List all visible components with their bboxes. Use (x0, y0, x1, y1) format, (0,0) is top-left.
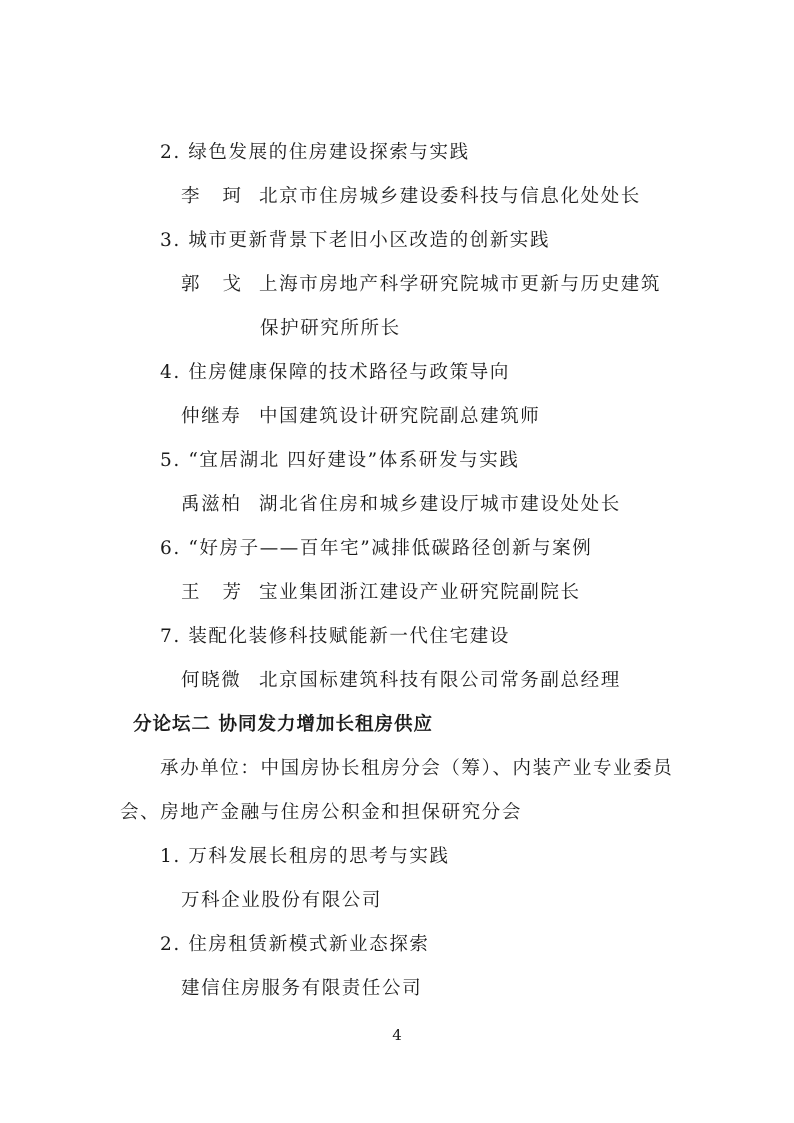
organization: 万科企业股份有限公司 (181, 889, 382, 913)
speaker-line: 李珂北京市住房城乡建设委科技与信息化处处长 (181, 185, 641, 209)
page-number: 4 (0, 1026, 794, 1044)
agenda-item-title: 1. 万科发展长租房的思考与实践 (160, 845, 450, 869)
agenda-item-title: 2. 绿色发展的住房建设探索与实践 (160, 141, 470, 165)
speaker-title: 北京市住房城乡建设委科技与信息化处处长 (259, 186, 641, 207)
speaker-title-continued: 保护研究所所长 (260, 317, 401, 341)
agenda-item-title: 7. 装配化装修科技赋能新一代住宅建设 (160, 625, 510, 649)
agenda-item-title: 3. 城市更新背景下老旧小区改造的创新实践 (160, 229, 550, 253)
speaker-line: 禹滋柏湖北省住房和城乡建设厅城市建设处处长 (181, 493, 621, 517)
speaker-line: 何晓微北京国标建筑科技有限公司常务副总经理 (181, 669, 621, 693)
speaker-line: 王芳宝业集团浙江建设产业研究院副院长 (181, 581, 581, 605)
speaker-line: 仲继寿中国建筑设计研究院副总建筑师 (181, 405, 540, 429)
speaker-name: 何晓微 (181, 669, 259, 693)
speaker-title: 宝业集团浙江建设产业研究院副院长 (259, 582, 581, 603)
agenda-item-title: 4. 住房健康保障的技术路径与政策导向 (160, 361, 510, 385)
document-page: 2. 绿色发展的住房建设探索与实践 李珂北京市住房城乡建设委科技与信息化处处长 … (0, 0, 794, 1123)
speaker-name: 禹滋柏 (181, 493, 259, 517)
speaker-title: 上海市房地产科学研究院城市更新与历史建筑 (259, 274, 661, 295)
agenda-item-title: 5. “宜居湖北 四好建设”体系研发与实践 (160, 449, 519, 473)
speaker-title: 湖北省住房和城乡建设厅城市建设处处长 (259, 494, 621, 515)
agenda-item-title: 2. 住房租赁新模式新业态探索 (160, 933, 430, 957)
speaker-line: 郭戈上海市房地产科学研究院城市更新与历史建筑 (181, 273, 661, 297)
agenda-item-title: 6. “好房子——百年宅”减排低碳路径创新与案例 (160, 537, 592, 561)
speaker-title: 北京国标建筑科技有限公司常务副总经理 (259, 670, 621, 691)
speaker-name: 郭戈 (181, 273, 259, 297)
forum-heading: 分论坛二 协同发力增加长租房供应 (133, 713, 433, 737)
organization: 建信住房服务有限责任公司 (181, 977, 422, 1001)
host-units-line-1: 承办单位：中国房协长租房分会（筹）、内装产业专业委员 (160, 757, 673, 781)
speaker-title: 中国建筑设计研究院副总建筑师 (259, 406, 540, 427)
speaker-name: 王芳 (181, 581, 259, 605)
speaker-name: 仲继寿 (181, 405, 259, 429)
host-units-line-2: 会、房地产金融与住房公积金和担保研究分会 (120, 801, 522, 825)
speaker-name: 李珂 (181, 185, 259, 209)
